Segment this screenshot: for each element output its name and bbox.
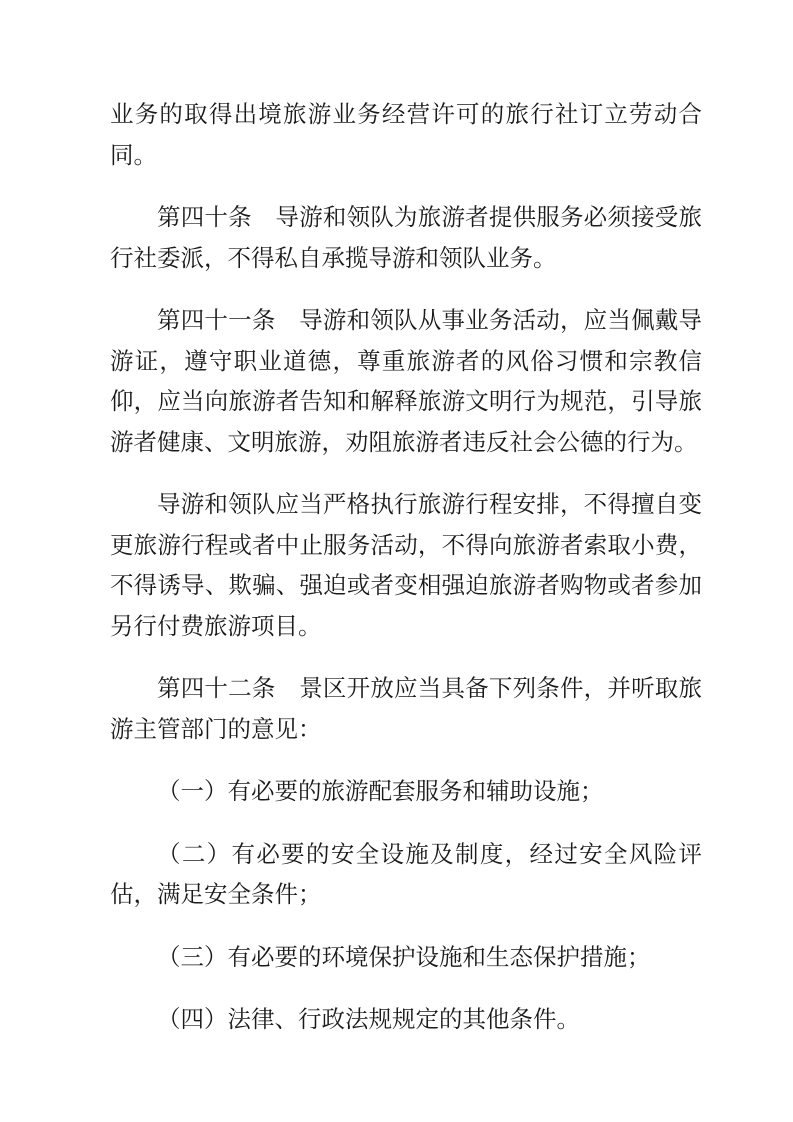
paragraph-2: 第四十条 导游和领队为旅游者提供服务必须接受旅行社委派，不得私自承揽导游和领队业… (110, 198, 702, 279)
paragraph-6: （一）有必要的旅游配套服务和辅助设施； (110, 772, 702, 813)
document-body: 业务的取得出境旅游业务经营许可的旅行社订立劳动合同。第四十条 导游和领队为旅游者… (110, 95, 702, 1041)
paragraph-5: 第四十二条 景区开放应当具备下列条件，并听取旅游主管部门的意见： (110, 669, 702, 750)
paragraph-1: 业务的取得出境旅游业务经营许可的旅行社订立劳动合同。 (110, 95, 702, 176)
paragraph-7: （二）有必要的安全设施及制度，经过安全风险评估，满足安全条件； (110, 835, 702, 916)
paragraph-3: 第四十一条 导游和领队从事业务活动，应当佩戴导游证，遵守职业道德，尊重旅游者的风… (110, 301, 702, 463)
document-page: 业务的取得出境旅游业务经营许可的旅行社订立劳动合同。第四十条 导游和领队为旅游者… (0, 0, 793, 1122)
paragraph-4: 导游和领队应当严格执行旅游行程安排，不得擅自变更旅游行程或者中止服务活动，不得向… (110, 485, 702, 647)
paragraph-9: （四）法律、行政法规规定的其他条件。 (110, 1000, 702, 1041)
paragraph-8: （三）有必要的环境保护设施和生态保护措施； (110, 938, 702, 979)
